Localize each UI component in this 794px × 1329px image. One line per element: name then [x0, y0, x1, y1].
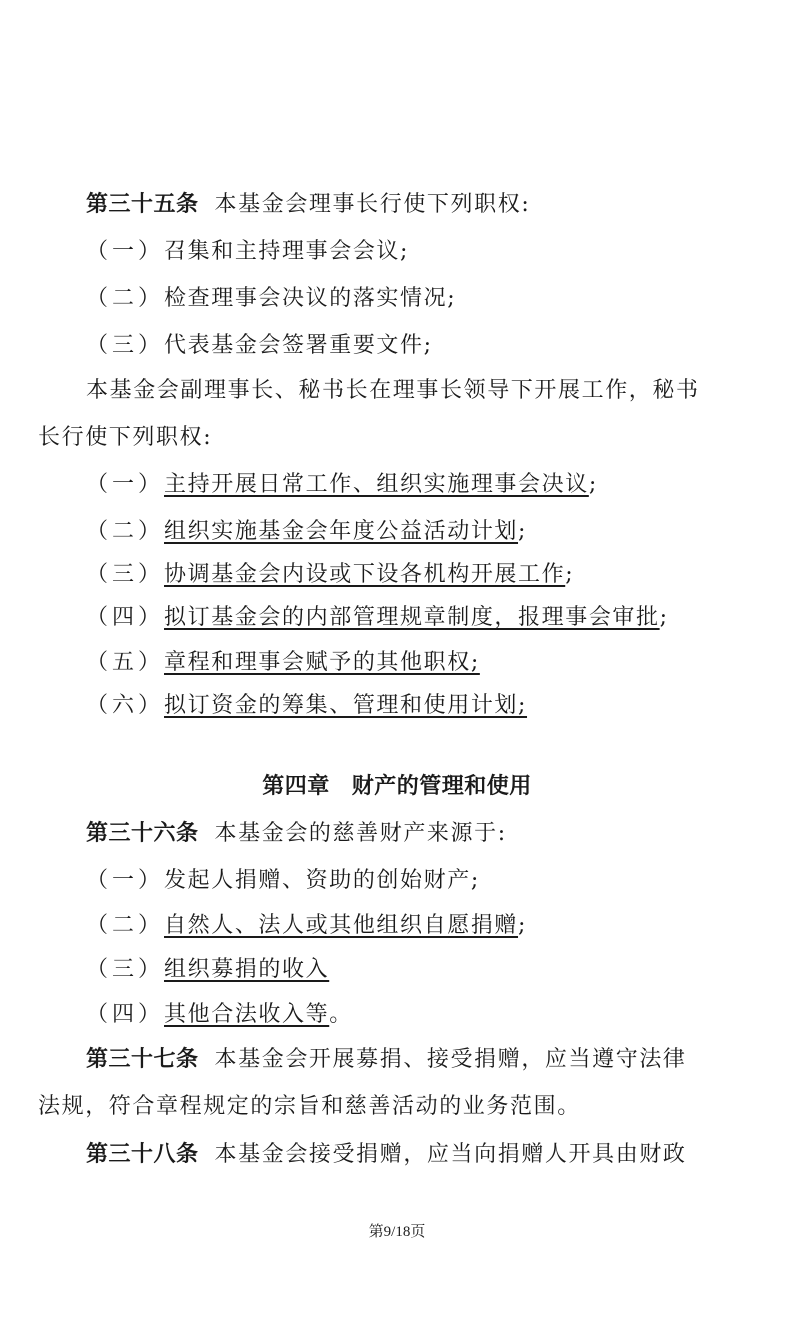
- item-tail: ;: [471, 868, 480, 893]
- source-item-3: （三）组织募捐的收入: [86, 955, 726, 985]
- page-number-footer: 第9/18页: [0, 1222, 794, 1242]
- item-tail: ;: [565, 562, 574, 587]
- article-36-intro: 本基金会的慈善财产来源于:: [215, 821, 507, 846]
- chapter-number: 第四章: [262, 774, 330, 799]
- item-number: （五）: [86, 650, 164, 675]
- item-text: 代表基金会签署重要文件: [164, 333, 424, 358]
- secretary-item-1: （一）主持开展日常工作、组织实施理事会决议;: [86, 470, 726, 500]
- item-tail: ;: [518, 519, 527, 544]
- item-text-underlined: 组织实施基金会年度公益活动计划: [164, 519, 518, 544]
- item-tail: ;: [447, 286, 456, 311]
- item-text-underlined: 协调基金会内设或下设各机构开展工作: [164, 562, 565, 587]
- item-tail: ;: [424, 333, 433, 358]
- item-tail: ;: [589, 472, 598, 497]
- article-36-number: 第三十六条: [86, 821, 199, 846]
- article-36-heading-line: 第三十六条本基金会的慈善财产来源于:: [86, 819, 726, 849]
- item-number: （一）: [86, 472, 164, 497]
- document-page: 第三十五条本基金会理事长行使下列职权: （一）召集和主持理事会会议; （二）检查…: [0, 0, 794, 1329]
- item-text-underlined: 自然人、法人或其他组织自愿捐赠: [164, 913, 518, 938]
- source-item-2: （二）自然人、法人或其他组织自愿捐赠;: [86, 911, 726, 941]
- item-number: （二）: [86, 286, 164, 311]
- item-text-underlined: 主持开展日常工作、组织实施理事会决议: [164, 472, 589, 497]
- chapter-title: 财产的管理和使用: [352, 774, 532, 799]
- chapter-heading: 第四章财产的管理和使用: [0, 772, 794, 802]
- item-tail: ;: [518, 913, 527, 938]
- item-number: （三）: [86, 957, 164, 982]
- secretary-item-5: （五）章程和理事会赋予的其他职权;: [86, 648, 726, 678]
- item-text-underlined: 章程和理事会赋予的其他职权;: [164, 650, 494, 675]
- secretary-item-2: （二）组织实施基金会年度公益活动计划;: [86, 517, 726, 547]
- item-number: （一）: [86, 239, 164, 264]
- article-37-line-2: 法规，符合章程规定的宗旨和慈善活动的业务范围。: [38, 1092, 678, 1122]
- article-38-number: 第三十八条: [86, 1142, 199, 1167]
- article-38-text: 本基金会接受捐赠，应当向捐赠人开具由财政: [215, 1142, 687, 1167]
- item-number: （六）: [86, 693, 164, 718]
- article-35-heading-line: 第三十五条本基金会理事长行使下列职权:: [86, 190, 726, 220]
- article-35-intro: 本基金会理事长行使下列职权:: [215, 192, 531, 217]
- article-37-line-1: 第三十七条本基金会开展募捐、接受捐赠，应当遵守法律: [86, 1045, 674, 1075]
- item-number: （三）: [86, 562, 164, 587]
- item-text: 召集和主持理事会会议: [164, 239, 400, 264]
- secretary-item-3: （三）协调基金会内设或下设各机构开展工作;: [86, 560, 726, 590]
- article-38-line-1: 第三十八条本基金会接受捐赠，应当向捐赠人开具由财政: [86, 1140, 674, 1170]
- item-number: （二）: [86, 913, 164, 938]
- item-text: 检查理事会决议的落实情况: [164, 286, 447, 311]
- source-item-4: （四）其他合法收入等。: [86, 1000, 726, 1030]
- item-tail: 。: [329, 1002, 353, 1027]
- item-text-underlined: 拟订资金的筹集、管理和使用计划;: [164, 693, 541, 718]
- article-37-number: 第三十七条: [86, 1047, 199, 1072]
- item-tail: ;: [660, 605, 669, 630]
- item-tail: ;: [400, 239, 409, 264]
- item-number: （一）: [86, 868, 164, 893]
- item-number: （三）: [86, 333, 164, 358]
- secretary-item-4: （四）拟订基金会的内部管理规章制度，报理事会审批;: [86, 603, 726, 633]
- item-text-underlined: 其他合法收入等: [164, 1002, 329, 1027]
- secretary-paragraph-line-2: 长行使下列职权:: [38, 423, 678, 453]
- chair-item-1: （一）召集和主持理事会会议;: [86, 237, 726, 267]
- chair-item-3: （三）代表基金会签署重要文件;: [86, 331, 726, 361]
- item-text-underlined: 组织募捐的收入: [164, 957, 329, 982]
- article-35-number: 第三十五条: [86, 192, 199, 217]
- article-37-text: 本基金会开展募捐、接受捐赠，应当遵守法律: [215, 1047, 687, 1072]
- item-number: （四）: [86, 605, 164, 630]
- chair-item-2: （二）检查理事会决议的落实情况;: [86, 284, 726, 314]
- item-number: （四）: [86, 1002, 164, 1027]
- item-text-underlined: 拟订基金会的内部管理规章制度，报理事会审批: [164, 605, 660, 630]
- item-number: （二）: [86, 519, 164, 544]
- secretary-paragraph-line-1: 本基金会副理事长、秘书长在理事长领导下开展工作，秘书: [86, 376, 674, 406]
- item-text: 发起人捐赠、资助的创始财产: [164, 868, 471, 893]
- source-item-1: （一）发起人捐赠、资助的创始财产;: [86, 866, 726, 896]
- secretary-item-6: （六）拟订资金的筹集、管理和使用计划;: [86, 691, 726, 721]
